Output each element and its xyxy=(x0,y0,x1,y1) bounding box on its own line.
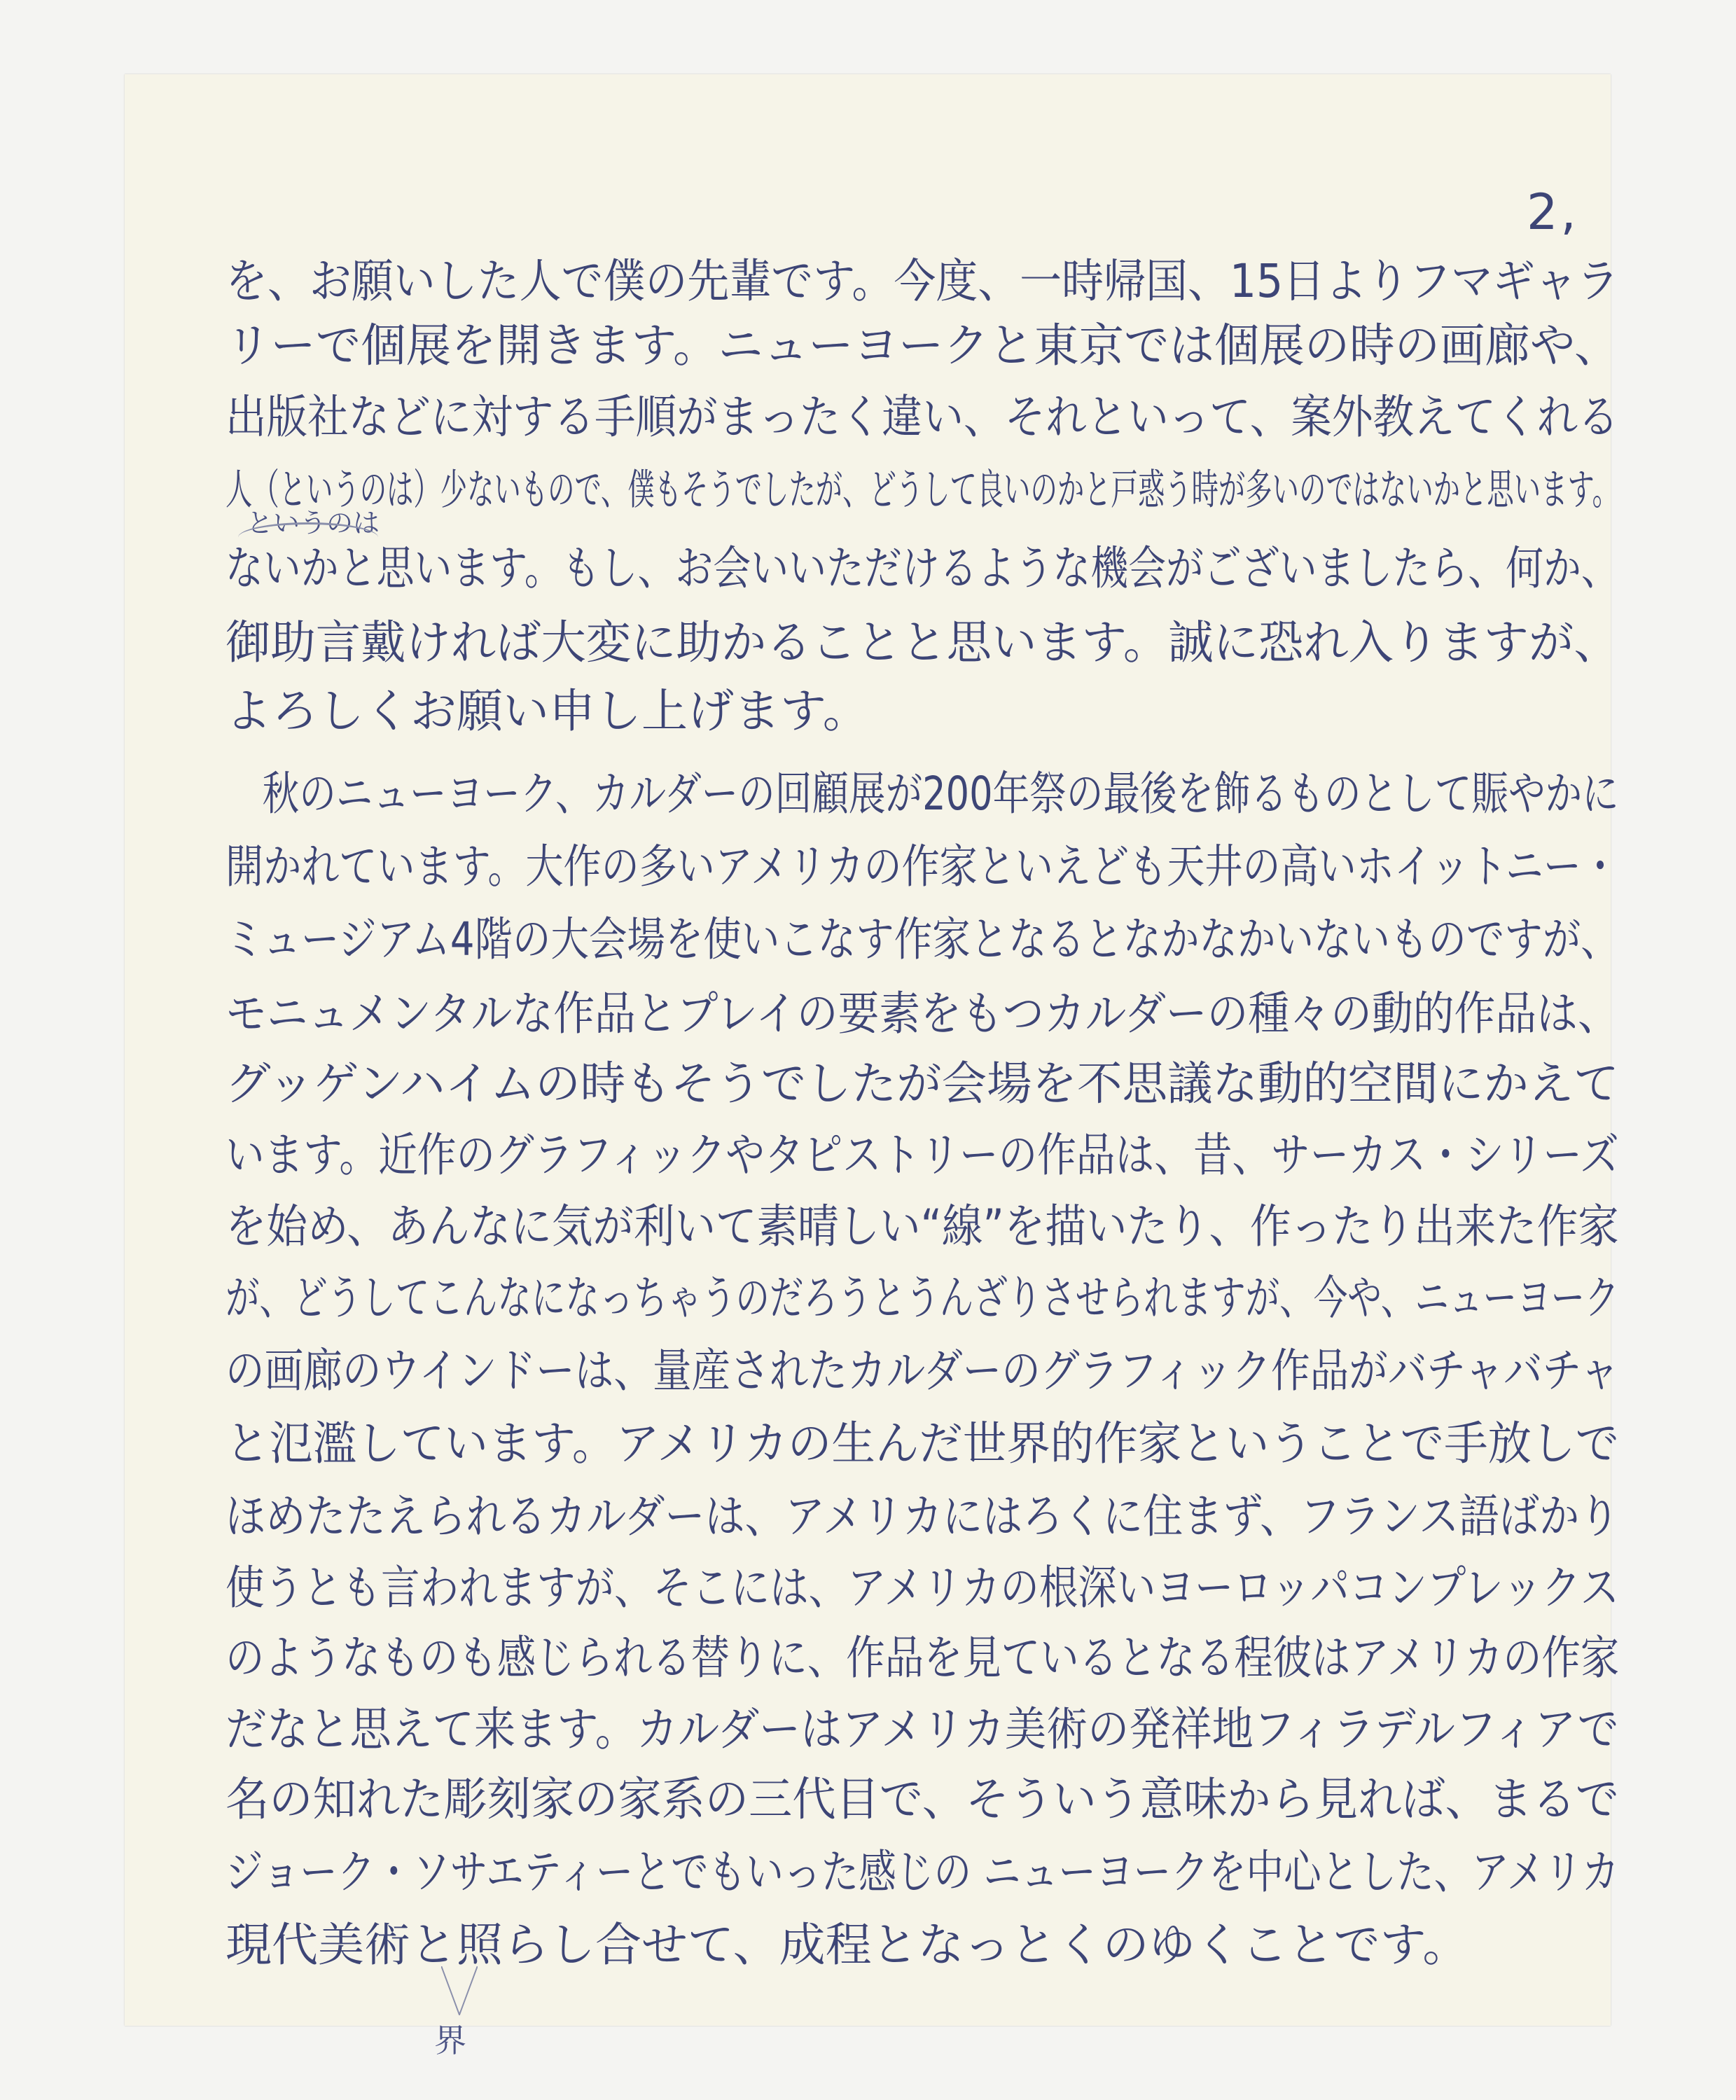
letter-line-22: 名の知れた彫刻家の家系の三代目で、そういう意味から見れば、まるで xyxy=(225,1772,1619,1828)
letter-line-15: が、どうしてこんなになっちゃうのだろうとうんざりさせられますが、今や、ニューヨー… xyxy=(225,1270,1619,1326)
letter-line-16: の画廊のウインドーは、量産されたカルダーのグラフィック作品がバチャバチャ xyxy=(225,1343,1619,1399)
page-number: 2, xyxy=(1527,183,1579,241)
letter-line-14: を始め、あんなに気が利いて素晴しい“線”を描いたり、作ったり出来た作家 xyxy=(225,1199,1619,1255)
letter-line-13: います。近作のグラフィックやタピストリーの作品は、昔、サーカス・シリーズ xyxy=(225,1127,1619,1183)
letter-line-4: 人（というのは）少ないもので、僕もそうでしたが、どうして良いのかと戸惑う時が多い… xyxy=(225,462,1619,518)
letter-line-24: 現代美術と照らし合せて、成程となっとくのゆくことです。 xyxy=(225,1917,1468,1973)
letter-line-11: モニュメンタルな作品とプレイの要素をもつカルダーの種々の動的作品は、 xyxy=(225,986,1619,1042)
letter-line-9: 開かれています。大作の多いアメリカの作家といえども天井の高いホイットニー・ xyxy=(225,839,1619,895)
letter-line-10: ミュージアム4階の大会場を使いこなす作家となるとなかなかいないものですが、 xyxy=(225,912,1619,968)
letter-line-7: よろしくお願い申し上げます。 xyxy=(225,683,869,739)
letter-line-8: 秋のニューヨーク、カルダーの回顧展が200年祭の最後を飾るものとして賑やかに xyxy=(225,766,1619,822)
letter-line-21: だなと思えて来ます。カルダーはアメリカ美術の発祥地フィラデルフィアで xyxy=(225,1702,1619,1758)
letter-line-6: 御助言戴ければ大変に助かることと思います。誠に恐れ入りますが、 xyxy=(225,615,1619,671)
letter-line-2: リーで個展を開きます。ニューヨークと東京では個展の時の画廊や、 xyxy=(225,318,1619,374)
letter-line-1: を、お願いした人で僕の先輩です。今度、一時帰国、15日よりフマギャラ xyxy=(225,253,1619,310)
letter-line-19: 使うとも言われますが、そこには、アメリカの根深いヨーロッパコンプレックス xyxy=(225,1560,1619,1616)
insertion-caret xyxy=(441,1966,478,2015)
letter-line-17: と氾濫しています。アメリカの生んだ世界的作家ということで手放しで xyxy=(225,1416,1619,1472)
insertion-note-line-24: 界 xyxy=(434,2015,466,2061)
letter-line-20: のようなものも感じられる替りに、作品を見ているとなる程彼はアメリカの作家 xyxy=(225,1630,1619,1686)
letter-line-5: ないかと思います。もし、お会いいただけるような機会がございましたら、何か、 xyxy=(225,541,1619,597)
insertion-arc xyxy=(238,522,378,552)
letter-line-4-text: 人（というのは）少ないもので、僕もそうでしたが、どうして良いのかと戸惑う時が多い… xyxy=(225,466,1619,515)
letter-line-12: グッゲンハイムの時もそうでしたが会場を不思議な動的空間にかえて xyxy=(225,1056,1619,1112)
letter-line-18: ほめたたえられるカルダーは、アメリカにはろくに住まず、フランス語ばかり xyxy=(225,1489,1619,1545)
letter-line-3: 出版社などに対する手順がまったく違い、それといって、案外教えてくれる xyxy=(225,389,1619,445)
letter-line-23: ジョーク・ソサエティーとでもいった感じの ニューヨークを中心とした、アメリカ xyxy=(225,1844,1619,1900)
